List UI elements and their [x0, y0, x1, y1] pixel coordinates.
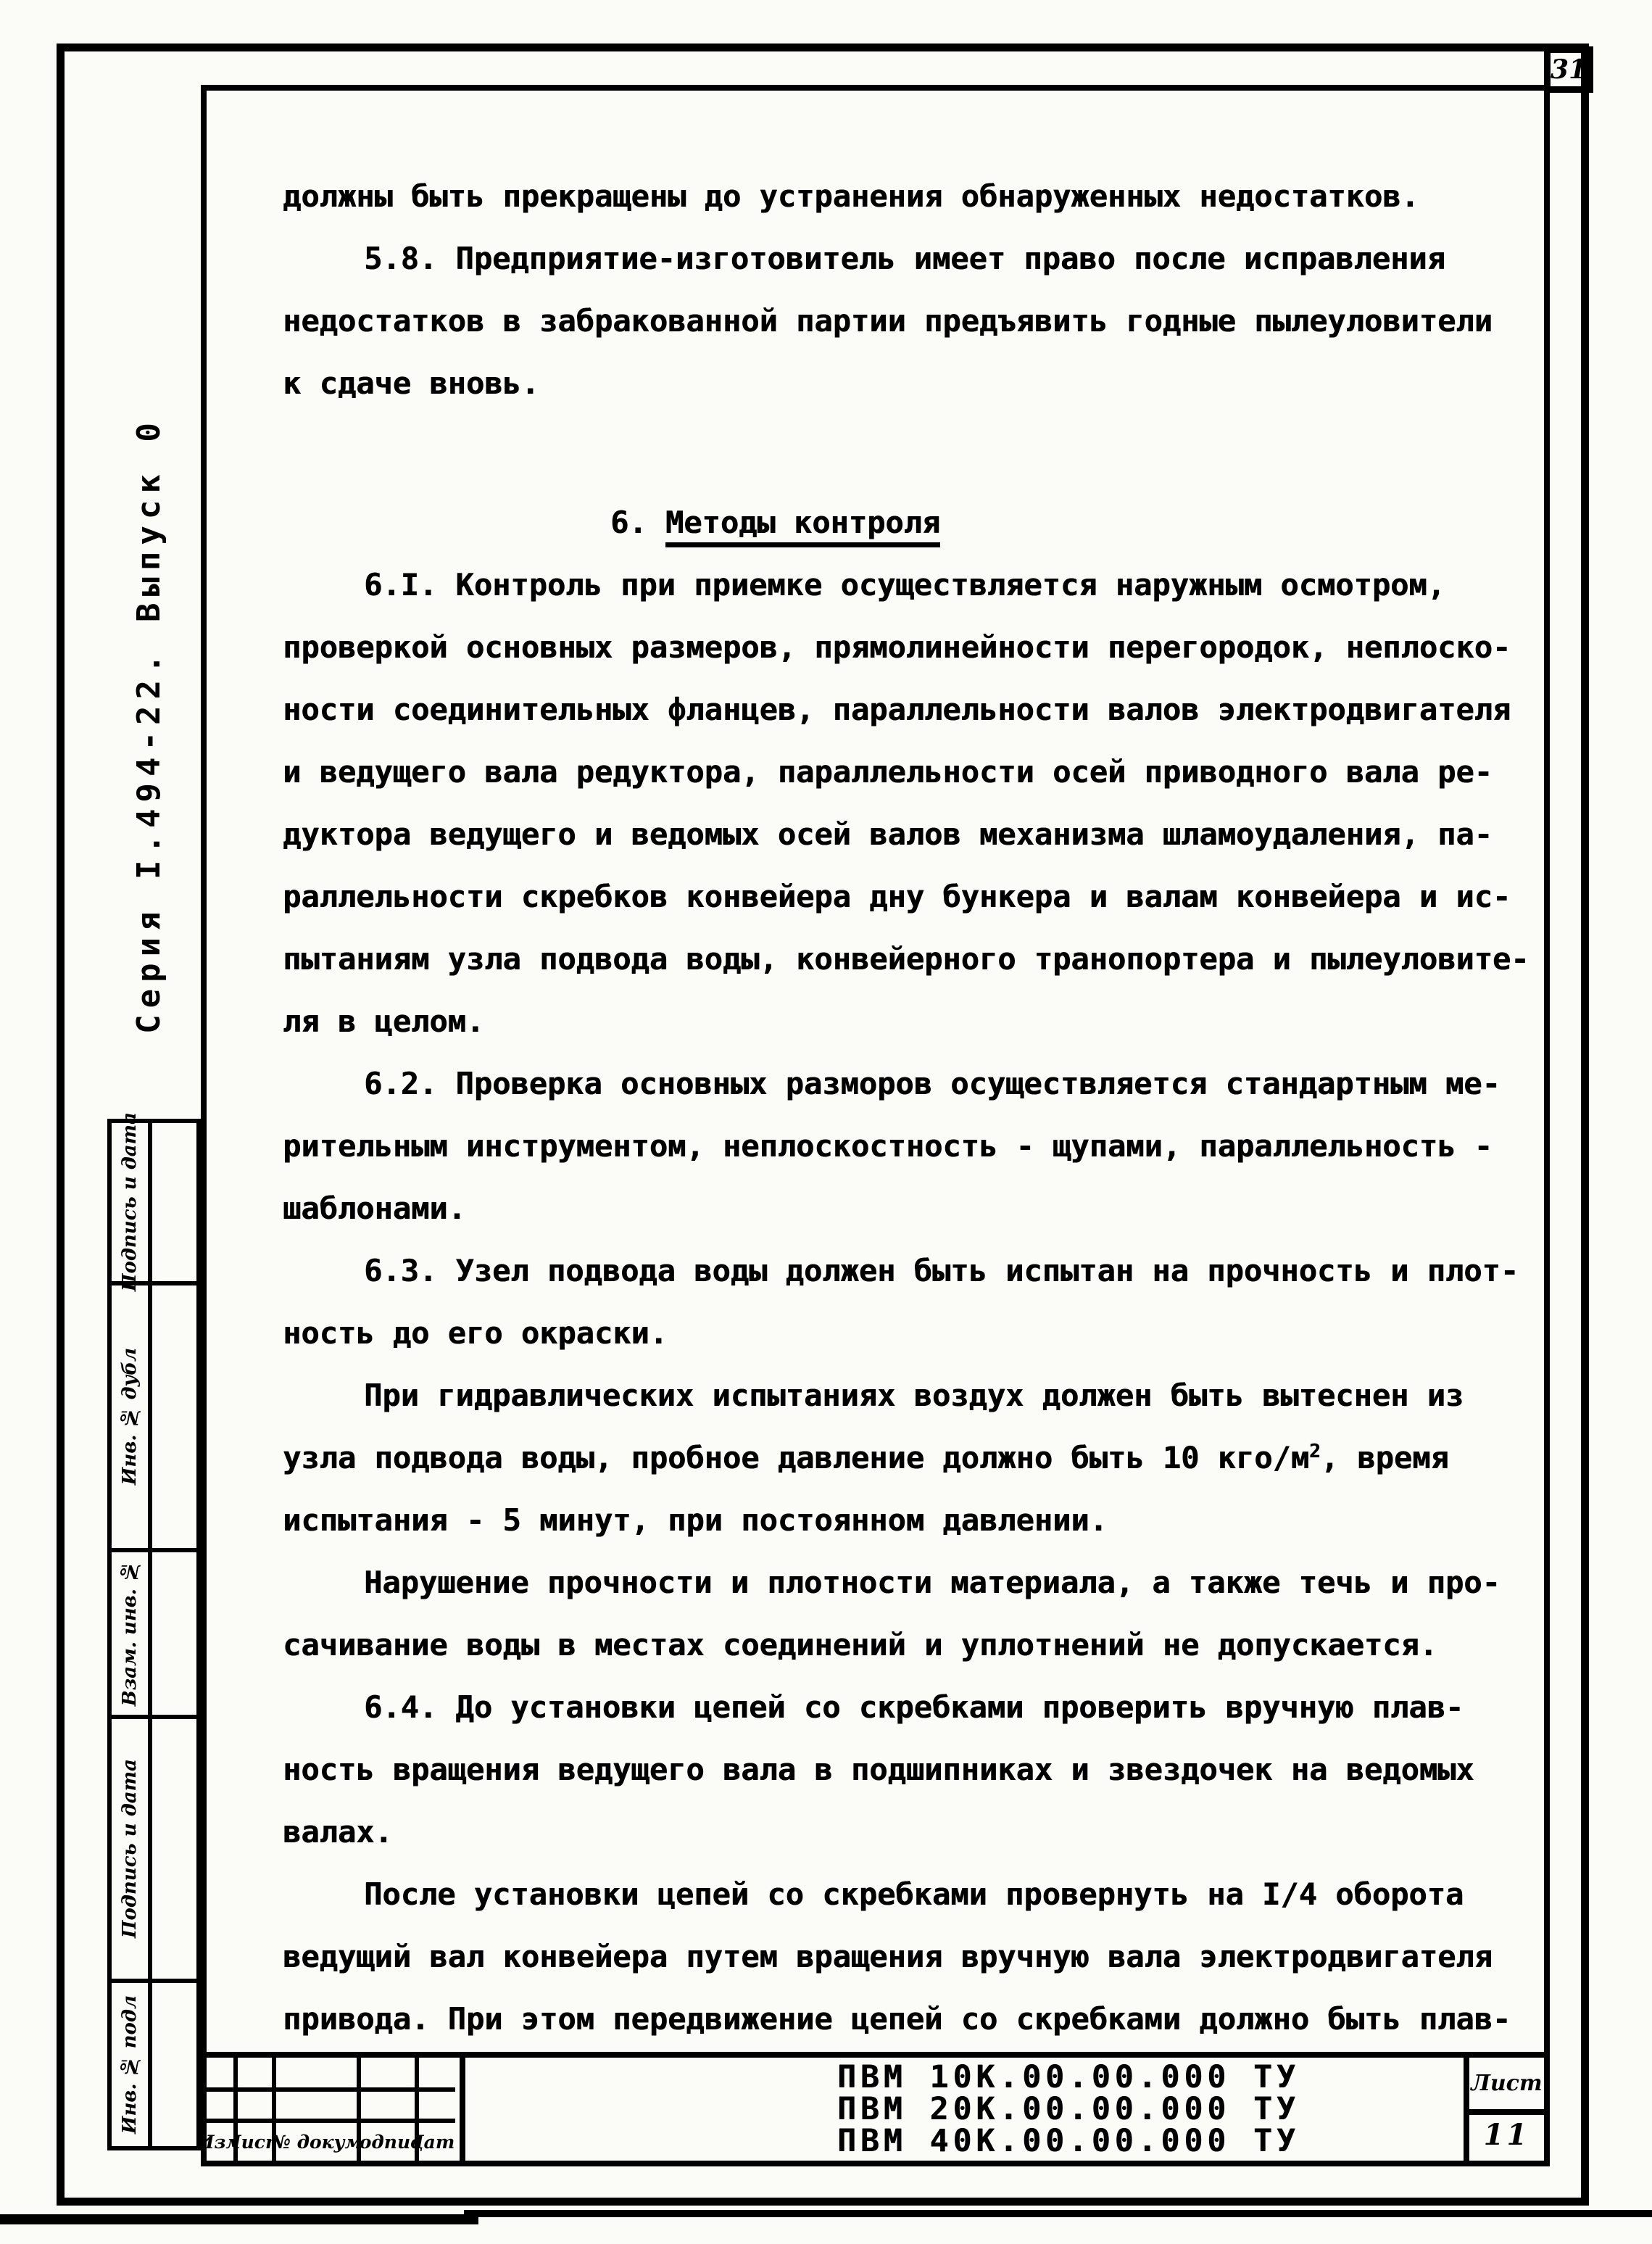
text-line: При гидравлических испытаниях воздух дол…	[283, 1365, 1527, 1427]
text-line: рительным инструментом, неплоскостность …	[283, 1115, 1527, 1177]
sheet-number-cell: 11	[1469, 2115, 1544, 2155]
text-line: и ведущего вала редуктора, параллельност…	[283, 741, 1527, 803]
series-margin-note: Серия I.494-22. Выпуск 0	[127, 406, 170, 1044]
body-lines: должны быть прекращены до устранения обн…	[283, 165, 1527, 2050]
text-line: должны быть прекращены до устранения обн…	[283, 165, 1527, 228]
title-block: Изм Лист № докум Подпись Дата ПВМ 10К.00…	[201, 2052, 1550, 2166]
page-number: 31	[1551, 54, 1587, 85]
sheet-label-cell: Лист	[1469, 2058, 1544, 2115]
text-line: валах.	[283, 1801, 1527, 1863]
designation-line: ПВМ 40К.00.00.000 ТУ	[465, 2125, 1458, 2157]
revision-col-list: Лист	[238, 2123, 276, 2161]
text-line: узла подвода воды, пробное давление долж…	[283, 1427, 1527, 1489]
revision-table: Изм Лист № докум Подпись Дата	[207, 2058, 465, 2161]
sheet-box: Лист 11	[1464, 2058, 1544, 2161]
page-number-box: 31	[1544, 46, 1593, 93]
revision-cell	[238, 2058, 276, 2092]
text-line: 6.2. Проверка основных разморов осуществ…	[283, 1053, 1527, 1115]
designation-line: ПВМ 20К.00.00.000 ТУ	[465, 2093, 1458, 2125]
text-line: сачивание воды в местах соединений и упл…	[283, 1614, 1527, 1676]
stamp-label: Инв. № дубл	[119, 1348, 141, 1485]
stamp-label: Подпись и дата	[119, 1759, 141, 1938]
text-line: 6.3. Узел подвода воды должен быть испыт…	[283, 1240, 1527, 1302]
revision-col-izm: Изм	[207, 2123, 238, 2161]
text-line: раллельности скребков конвейера дну бунк…	[283, 866, 1527, 928]
stamp-label: Инв. № подл	[119, 1995, 141, 2134]
text-line: ность до его окраски.	[283, 1302, 1527, 1365]
text-line: 6.I. Контроль при приемке осуществляется…	[283, 554, 1527, 616]
text-line: дуктора ведущего и ведомых осей валов ме…	[283, 803, 1527, 866]
text-line: к сдаче вновь.	[283, 352, 1527, 415]
revision-cell	[419, 2058, 455, 2092]
stamp-label: Подпись и дата	[119, 1112, 141, 1291]
text-line: проверкой основных размеров, прямолинейн…	[283, 616, 1527, 679]
stamp-box-signature-date-1: Подпись и дата	[107, 1119, 201, 1285]
text-line: привода. При этом передвижение цепей со …	[283, 1988, 1527, 2050]
stamp-label-cell: Инв. № подл	[112, 1983, 152, 2146]
revision-cell	[238, 2092, 276, 2123]
stamp-box-signature-date-2: Подпись и дата	[107, 1715, 201, 1983]
revision-cell	[361, 2092, 419, 2123]
text-line: Нарушение прочности и плотности материал…	[283, 1552, 1527, 1614]
revision-cell	[361, 2058, 419, 2092]
revision-cell	[419, 2092, 455, 2123]
stamp-label: Взам. инв. №	[119, 1560, 141, 1706]
revision-col-docnum: № докум	[276, 2123, 361, 2161]
text-line: недостатков в забракованной партии предъ…	[283, 290, 1527, 352]
stamp-label-cell: Инв. № дубл	[112, 1285, 152, 1548]
revision-col-date: Дата	[419, 2123, 455, 2161]
revision-col-signature: Подпись	[361, 2123, 419, 2161]
text-line: ведущий вал конвейера путем вращения вру…	[283, 1926, 1527, 1988]
text-line: 5.8. Предприятие-изготовитель имеет прав…	[283, 228, 1527, 290]
scan-artifact-line	[0, 2214, 478, 2224]
stamp-box-inv-dup: Инв. № дубл	[107, 1281, 201, 1552]
designation-line: ПВМ 10К.00.00.000 ТУ	[465, 2058, 1458, 2093]
text-line: ность вращения ведущего вала в подшипник…	[283, 1739, 1527, 1801]
stamp-label-cell: Подпись и дата	[112, 1123, 152, 1281]
text-line: После установки цепей со скребками прове…	[283, 1863, 1527, 1926]
stamp-label-cell: Взам. инв. №	[112, 1552, 152, 1715]
text-line: ля в целом.	[283, 990, 1527, 1053]
revision-cell	[276, 2058, 361, 2092]
stamp-label-cell: Подпись и дата	[112, 1719, 152, 1979]
text-line: 6.4. До установки цепей со скребками про…	[283, 1676, 1527, 1739]
text-line: испытания - 5 минут, при постоянном давл…	[283, 1489, 1527, 1552]
stamp-column: Подпись и дата Инв. № дубл Взам. инв. № …	[107, 1119, 201, 2150]
section-header: 6. Методы контроля	[283, 492, 1527, 554]
revision-cell	[207, 2092, 238, 2123]
revision-cell	[207, 2058, 238, 2092]
designation-cell: ПВМ 10К.00.00.000 ТУ ПВМ 20К.00.00.000 Т…	[465, 2058, 1458, 2161]
scan-artifact-line	[464, 2210, 1652, 2217]
text-line: шаблонами.	[283, 1177, 1527, 1240]
scanned-document-page: 31 Серия I.494-22. Выпуск 0 Подпись и да…	[0, 0, 1652, 2244]
text-line: ности соединительных фланцев, параллельн…	[283, 679, 1527, 741]
stamp-box-repl-inv: Взам. инв. №	[107, 1548, 201, 1719]
revision-cell	[276, 2092, 361, 2123]
stamp-box-inv-orig: Инв. № подл	[107, 1979, 201, 2150]
text-line: пытаниям узла подвода воды, конвейерного…	[283, 928, 1527, 990]
